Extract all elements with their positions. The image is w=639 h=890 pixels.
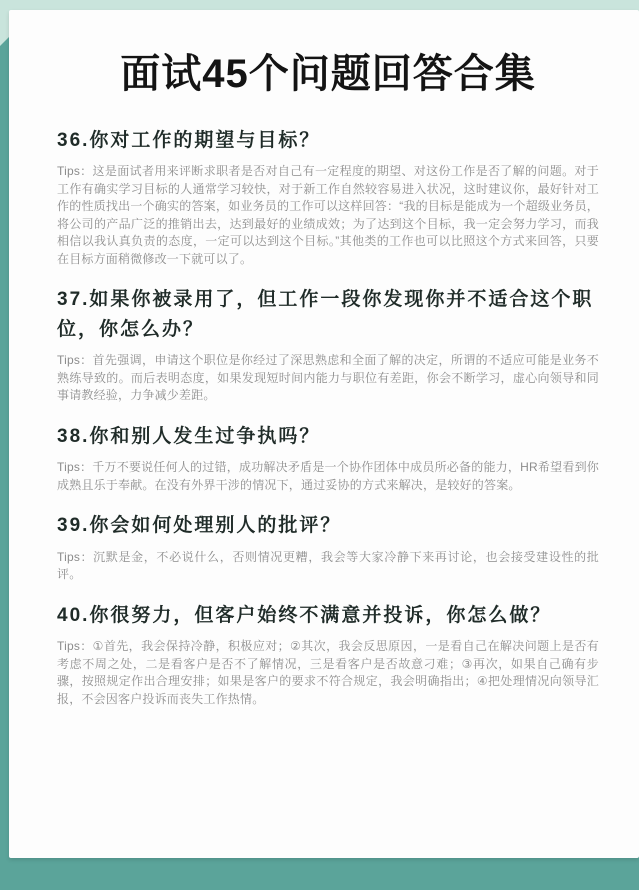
page-title: 面试45个问题回答合集 <box>57 50 599 98</box>
question-heading: 36.你对工作的期望与目标？ <box>57 126 599 155</box>
paper-card: 面试45个问题回答合集 36.你对工作的期望与目标？ Tips：这是面试者用来评… <box>9 10 639 858</box>
question-heading: 39.你会如何处理别人的批评？ <box>57 511 599 540</box>
question-block-36: 36.你对工作的期望与目标？ Tips：这是面试者用来评断求职者是否对自己有一定… <box>57 126 599 268</box>
question-tips: Tips：千万不要说任何人的过错，成功解决矛盾是一个协作团体中成员所必备的能力，… <box>57 459 599 494</box>
question-tips: Tips：这是面试者用来评断求职者是否对自己有一定程度的期望、对这份工作是否了解… <box>57 163 599 268</box>
question-heading: 40.你很努力，但客户始终不满意并投诉，你怎么做？ <box>57 601 599 630</box>
question-heading: 37.如果你被录用了，但工作一段你发现你并不适合这个职位，你怎么办？ <box>57 285 599 344</box>
question-block-37: 37.如果你被录用了，但工作一段你发现你并不适合这个职位，你怎么办？ Tips：… <box>57 285 599 404</box>
question-tips: Tips：沉默是金，不必说什么，否则情况更糟，我会等大家冷静下来再讨论，也会接受… <box>57 549 599 584</box>
question-block-39: 39.你会如何处理别人的批评？ Tips：沉默是金，不必说什么，否则情况更糟，我… <box>57 511 599 583</box>
question-tips: Tips：①首先，我会保持冷静，积极应对；②其次，我会反思原因，一是看自己在解决… <box>57 638 599 708</box>
question-block-38: 38.你和别人发生过争执吗？ Tips：千万不要说任何人的过错，成功解决矛盾是一… <box>57 422 599 494</box>
question-tips: Tips：首先强调，申请这个职位是你经过了深思熟虑和全面了解的决定，所谓的不适应… <box>57 352 599 405</box>
question-heading: 38.你和别人发生过争执吗？ <box>57 422 599 451</box>
question-block-40: 40.你很努力，但客户始终不满意并投诉，你怎么做？ Tips：①首先，我会保持冷… <box>57 601 599 708</box>
